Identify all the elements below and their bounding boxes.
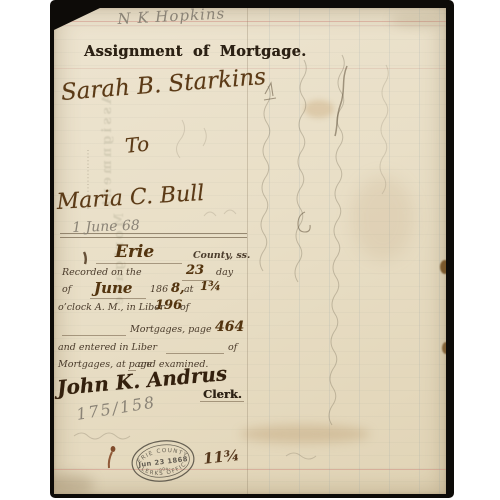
photo-background: Assignment Mortgage N K Hopkins Assignme…	[0, 0, 500, 500]
recording-oclock-printed: o’clock A. M., in Liber	[58, 302, 164, 313]
recording-month-value: June	[94, 279, 132, 297]
red-check-mark	[109, 446, 116, 468]
form-blank	[90, 298, 146, 299]
recording-time-value: 1¾	[200, 279, 221, 293]
clerks-office-stamp: ERIE COUNTY Jun 23 1868 -o0o- CLERKS OFF…	[125, 431, 201, 491]
recording-page-value: 464	[215, 319, 244, 335]
recording-of2-printed: of	[180, 302, 189, 313]
recording-recorded-printed: Recorded on the	[62, 267, 142, 278]
recording-county-printed: County, ss.	[193, 250, 250, 261]
recording-year-printed: 186	[150, 284, 168, 295]
form-blank	[96, 263, 182, 264]
recording-mortgages-page-printed: Mortgages, page	[130, 324, 212, 335]
recording-liber-value: 196	[155, 298, 182, 313]
form-blank	[166, 353, 224, 354]
recording-day-printed: day	[216, 267, 233, 278]
recording-at-printed: at	[184, 284, 193, 295]
recording-county-value: Erie	[115, 242, 154, 262]
to-label: To	[124, 132, 150, 158]
clerk-printed-label: Clerk.	[203, 387, 242, 401]
recording-day-value: 23	[186, 263, 204, 278]
pencil-filing-note: 1 June 68	[72, 218, 140, 236]
ink-blot	[84, 252, 86, 264]
recording-of-printed: of	[62, 284, 71, 295]
recording-of3-printed: of	[228, 342, 237, 353]
document-paper: Assignment Mortgage N K Hopkins Assignme…	[54, 8, 446, 494]
form-blank	[200, 401, 244, 402]
document-title: Assignment of Mortgage.	[84, 43, 254, 60]
recording-year-value: 8,	[171, 281, 185, 296]
price-note: 11¾	[202, 446, 240, 468]
recording-entered-printed: and entered in Liber	[58, 342, 157, 353]
form-blank	[62, 335, 126, 336]
